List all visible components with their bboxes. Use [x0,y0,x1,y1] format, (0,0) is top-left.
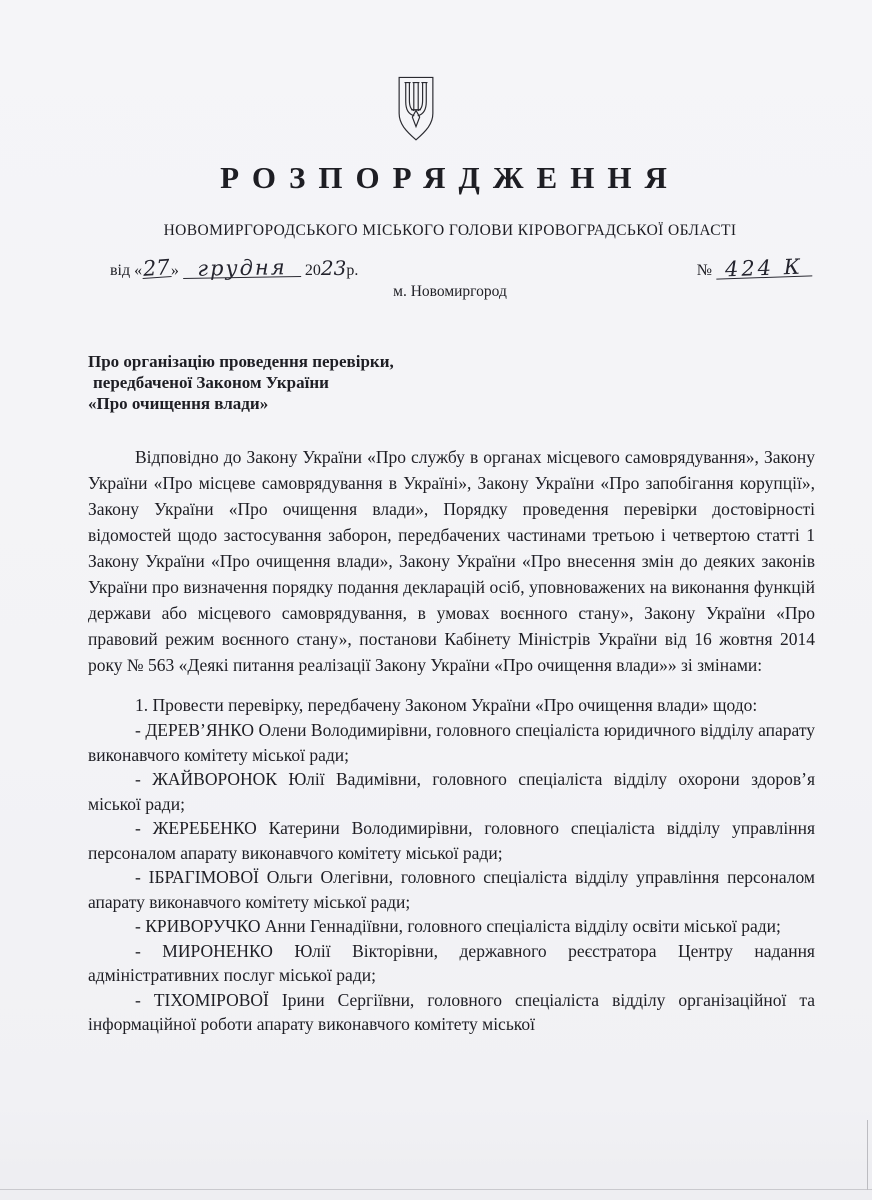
subject-block: Про організацію проведення перевірки, пе… [88,351,394,414]
scan-bottom-edge [0,1189,872,1200]
person-list-item: - ТІХОМІРОВОЇ Ірини Сергіївни, головного… [88,988,815,1037]
scanned-document-page: РОЗПОРЯДЖЕННЯ НОВОМИРГОРОДСЬКОГО МІСЬКОГ… [0,0,872,1200]
document-body: Відповідно до Закону України «Про службу… [88,444,815,1037]
person-list-item: - МИРОНЕНКО Юлії Вікторівни, державного … [88,939,815,988]
subject-line: передбаченої Законом України [88,372,394,393]
handwritten-year: 23 [321,256,346,280]
scan-right-edge-line [867,1120,868,1190]
date-close-quote: » [171,262,179,279]
place-line: м. Новомиргород [30,283,870,301]
meta-row: від «27»грудня2023р. №424 К [110,256,812,280]
person-list-item: - ІБРАГІМОВОЇ Ольги Олегівни, головного … [88,865,815,914]
person-list-item: - ЖЕРЕБЕНКО Катерини Володимирівни, голо… [88,816,815,865]
paragraph-item-1: 1. Провести перевірку, передбачену Закон… [88,692,815,718]
document-title: РОЗПОРЯДЖЕННЯ [30,160,870,196]
ukraine-trident-emblem [394,74,438,144]
subject-line: «Про очищення влади» [88,393,394,414]
number-label: № [697,262,712,279]
shield-outline [399,77,433,139]
year-printed: 20 [305,262,321,279]
date-prefix: від « [110,262,142,279]
person-list-item: - КРИВОРУЧКО Анни Геннадіївни, головного… [88,914,815,939]
person-list-item: - ЖАЙВОРОНОК Юлії Вадимівни, головного с… [88,767,815,816]
date-line: від «27»грудня2023р. [110,256,358,280]
document-number: №424 К [697,259,812,280]
date-suffix: р. [346,262,358,279]
handwritten-month: грудня [183,258,301,279]
issuing-authority: НОВОМИРГОРОДСЬКОГО МІСЬКОГО ГОЛОВИ КІРОВ… [30,222,870,240]
person-list-item: - ДЕРЕВ’ЯНКО Олени Володимирівни, головн… [88,718,815,767]
paragraph-legal-basis: Відповідно до Закону України «Про службу… [88,444,815,678]
handwritten-number: 424 К [716,257,813,279]
handwritten-day: 27 [142,258,172,279]
subject-line: Про організацію проведення перевірки, [88,351,394,372]
